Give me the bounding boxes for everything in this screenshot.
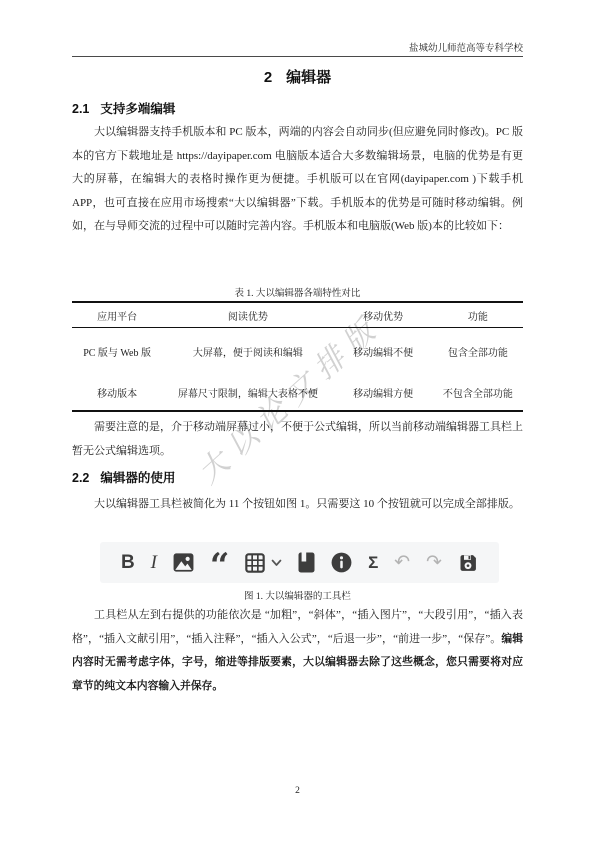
cell-mobility: 移动编辑方便	[334, 380, 433, 411]
paragraph-formula-note: 需要注意的是，介于移动端屏幕过小，不便于公式编辑，所以当前移动端编辑器工具栏上暂…	[72, 416, 523, 463]
col-header-platform: 应用平台	[72, 302, 162, 328]
comparison-table: 应用平台 阅读优势 移动优势 功能 PC 版与 Web 版 大屏幕，便于阅读和编…	[72, 301, 523, 412]
citation-button	[298, 552, 315, 573]
col-header-mobility: 移动优势	[334, 302, 433, 328]
cell-mobility: 移动编辑不便	[334, 328, 433, 381]
header-divider	[72, 56, 523, 57]
paragraph-multi-device: 大以编辑器支持手机版本和 PC 版本，两端的内容会自动同步(但应避免同时修改)。…	[72, 121, 523, 239]
section-heading-2-1: 2.1支持多端编辑	[72, 99, 175, 117]
figure-caption: 图 1. 大以编辑器的工具栏	[0, 588, 595, 602]
document-page: 大以论文排版 盐城幼儿师范高等专科学校 2编辑器 2.1支持多端编辑 大以编辑器…	[0, 0, 595, 842]
redo-arrow-icon: ↷	[426, 553, 442, 572]
book-bookmark-icon	[298, 552, 315, 573]
table-header-row: 应用平台 阅读优势 移动优势 功能	[72, 302, 523, 328]
italic-icon: I	[151, 552, 157, 574]
redo-button: ↷	[426, 553, 442, 572]
undo-button: ↶	[394, 553, 410, 572]
insert-table-button	[245, 553, 282, 573]
paragraph-toolbar-functions: 工具栏从左到右提供的功能依次是 “加粗”，“斜体”，“插入图片”，“大段引用”，…	[72, 604, 523, 698]
cell-platform: PC 版与 Web 版	[72, 328, 162, 381]
paragraph-normal-run: 工具栏从左到右提供的功能依次是 “加粗”，“斜体”，“插入图片”，“大段引用”，…	[72, 609, 523, 645]
section-title-text: 编辑器的使用	[100, 471, 175, 485]
col-header-reading: 阅读优势	[162, 302, 333, 328]
cell-platform: 移动版本	[72, 380, 162, 411]
info-icon	[331, 552, 352, 573]
sigma-icon: Σ	[368, 553, 378, 573]
chapter-title: 2编辑器	[0, 66, 595, 87]
col-header-features: 功能	[433, 302, 523, 328]
footnote-button	[331, 552, 352, 573]
image-icon	[173, 553, 194, 572]
undo-arrow-icon: ↶	[394, 553, 410, 572]
blockquote-button: “	[210, 555, 230, 571]
section-heading-2-2: 2.2编辑器的使用	[72, 468, 175, 486]
bold-icon: B	[121, 552, 135, 574]
paragraph-toolbar-intro: 大以编辑器工具栏被简化为 11 个按钮如图 1。只需要这 10 个按钮就可以完成…	[72, 493, 523, 517]
cell-reading: 屏幕尺寸限制，编辑大表格不便	[162, 380, 333, 411]
chapter-title-text: 编辑器	[286, 69, 331, 86]
cell-reading: 大屏幕，便于阅读和编辑	[162, 328, 333, 381]
editor-toolbar-figure: B I “	[100, 542, 499, 583]
section-number: 2.2	[72, 471, 89, 485]
page-number: 2	[0, 786, 595, 796]
bold-button: B	[121, 552, 135, 574]
quote-icon: “	[210, 561, 230, 577]
section-title-text: 支持多端编辑	[100, 102, 175, 116]
italic-button: I	[151, 552, 157, 574]
cell-features: 包含全部功能	[433, 328, 523, 381]
chapter-number: 2	[264, 69, 272, 86]
table-row: 移动版本 屏幕尺寸限制，编辑大表格不便 移动编辑方便 不包含全部功能	[72, 380, 523, 411]
table-caption: 表 1. 大以编辑器各端特性对比	[0, 285, 595, 299]
table-icon	[245, 553, 265, 573]
save-floppy-icon	[458, 553, 478, 573]
cell-features: 不包含全部功能	[433, 380, 523, 411]
section-number: 2.1	[72, 102, 89, 116]
chevron-down-icon	[271, 559, 282, 567]
formula-button: Σ	[368, 553, 378, 573]
page-header: 盐城幼儿师范高等专科学校	[72, 40, 523, 54]
save-button	[458, 553, 478, 573]
table-row: PC 版与 Web 版 大屏幕，便于阅读和编辑 移动编辑不便 包含全部功能	[72, 328, 523, 381]
insert-image-button	[173, 553, 194, 572]
